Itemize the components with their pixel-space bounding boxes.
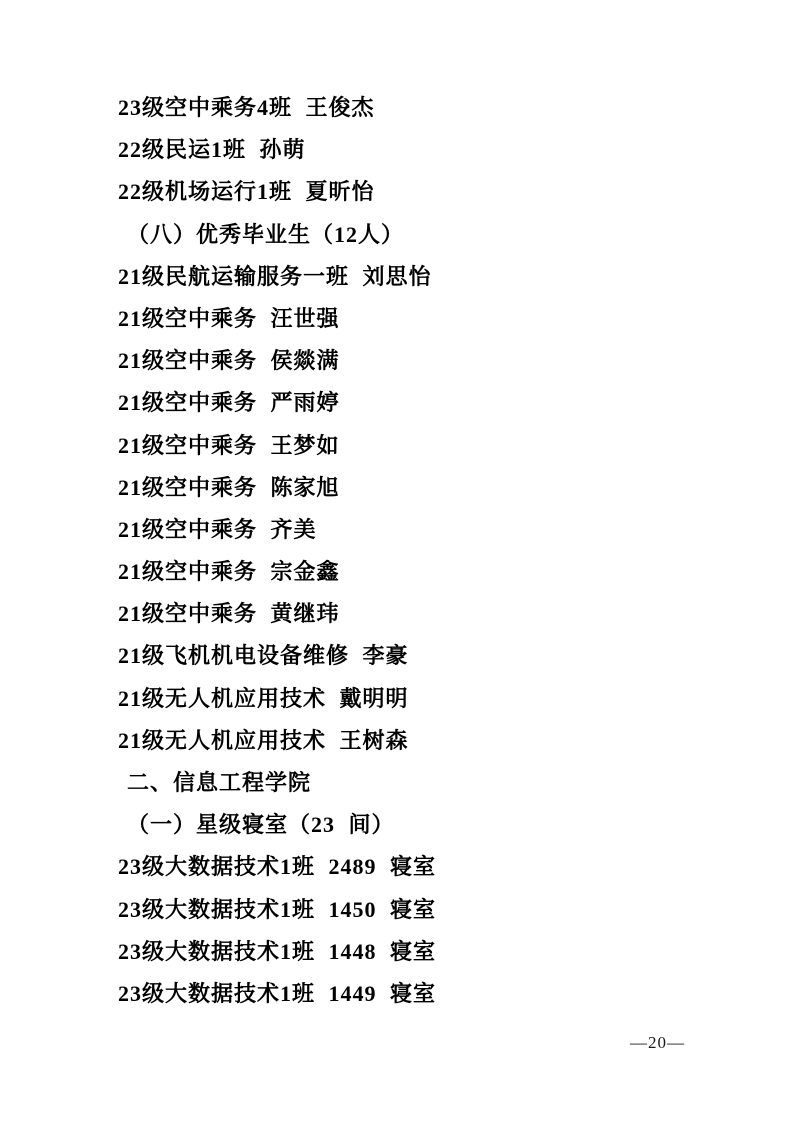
page-number: —20— [630,1033,685,1053]
text-line: 21级空中乘务 侯燚满 [118,340,733,382]
text-line: 21级空中乘务 严雨婷 [118,382,733,424]
text-line: 21级空中乘务 陈家旭 [118,467,733,509]
subsection-heading-excellent-graduates: （八）优秀毕业生（12人） [118,214,733,256]
text-line: 21级空中乘务 宗金鑫 [118,551,733,593]
text-line: 21级空中乘务 齐美 [118,509,733,551]
text-line: 23级大数据技术1班 2489 寝室 [118,846,733,888]
text-line: 21级无人机应用技术 王树森 [118,720,733,762]
text-line: 23级大数据技术1班 1449 寝室 [118,973,733,1015]
text-line: 21级空中乘务 王梦如 [118,425,733,467]
text-line: 21级民航运输服务一班 刘思怡 [118,256,733,298]
subsection-heading-star-dormitory: （一）星级寝室（23 间） [118,804,733,846]
text-line: 23级空中乘务4班 王俊杰 [118,87,733,129]
text-line: 21级空中乘务 汪世强 [118,298,733,340]
text-line: 22级民运1班 孙萌 [118,129,733,171]
text-line: 22级机场运行1班 夏昕怡 [118,171,733,213]
document-body: 23级空中乘务4班 王俊杰 22级民运1班 孙萌 22级机场运行1班 夏昕怡 （… [118,87,733,1015]
text-line: 23级大数据技术1班 1448 寝室 [118,931,733,973]
document-page: 23级空中乘务4班 王俊杰 22级民运1班 孙萌 22级机场运行1班 夏昕怡 （… [0,0,793,1122]
text-line: 23级大数据技术1班 1450 寝室 [118,889,733,931]
text-line: 21级无人机应用技术 戴明明 [118,678,733,720]
text-line: 21级空中乘务 黄继玮 [118,593,733,635]
text-line: 21级飞机机电设备维修 李豪 [118,635,733,677]
section-heading-information-engineering-college: 二、信息工程学院 [118,762,733,804]
